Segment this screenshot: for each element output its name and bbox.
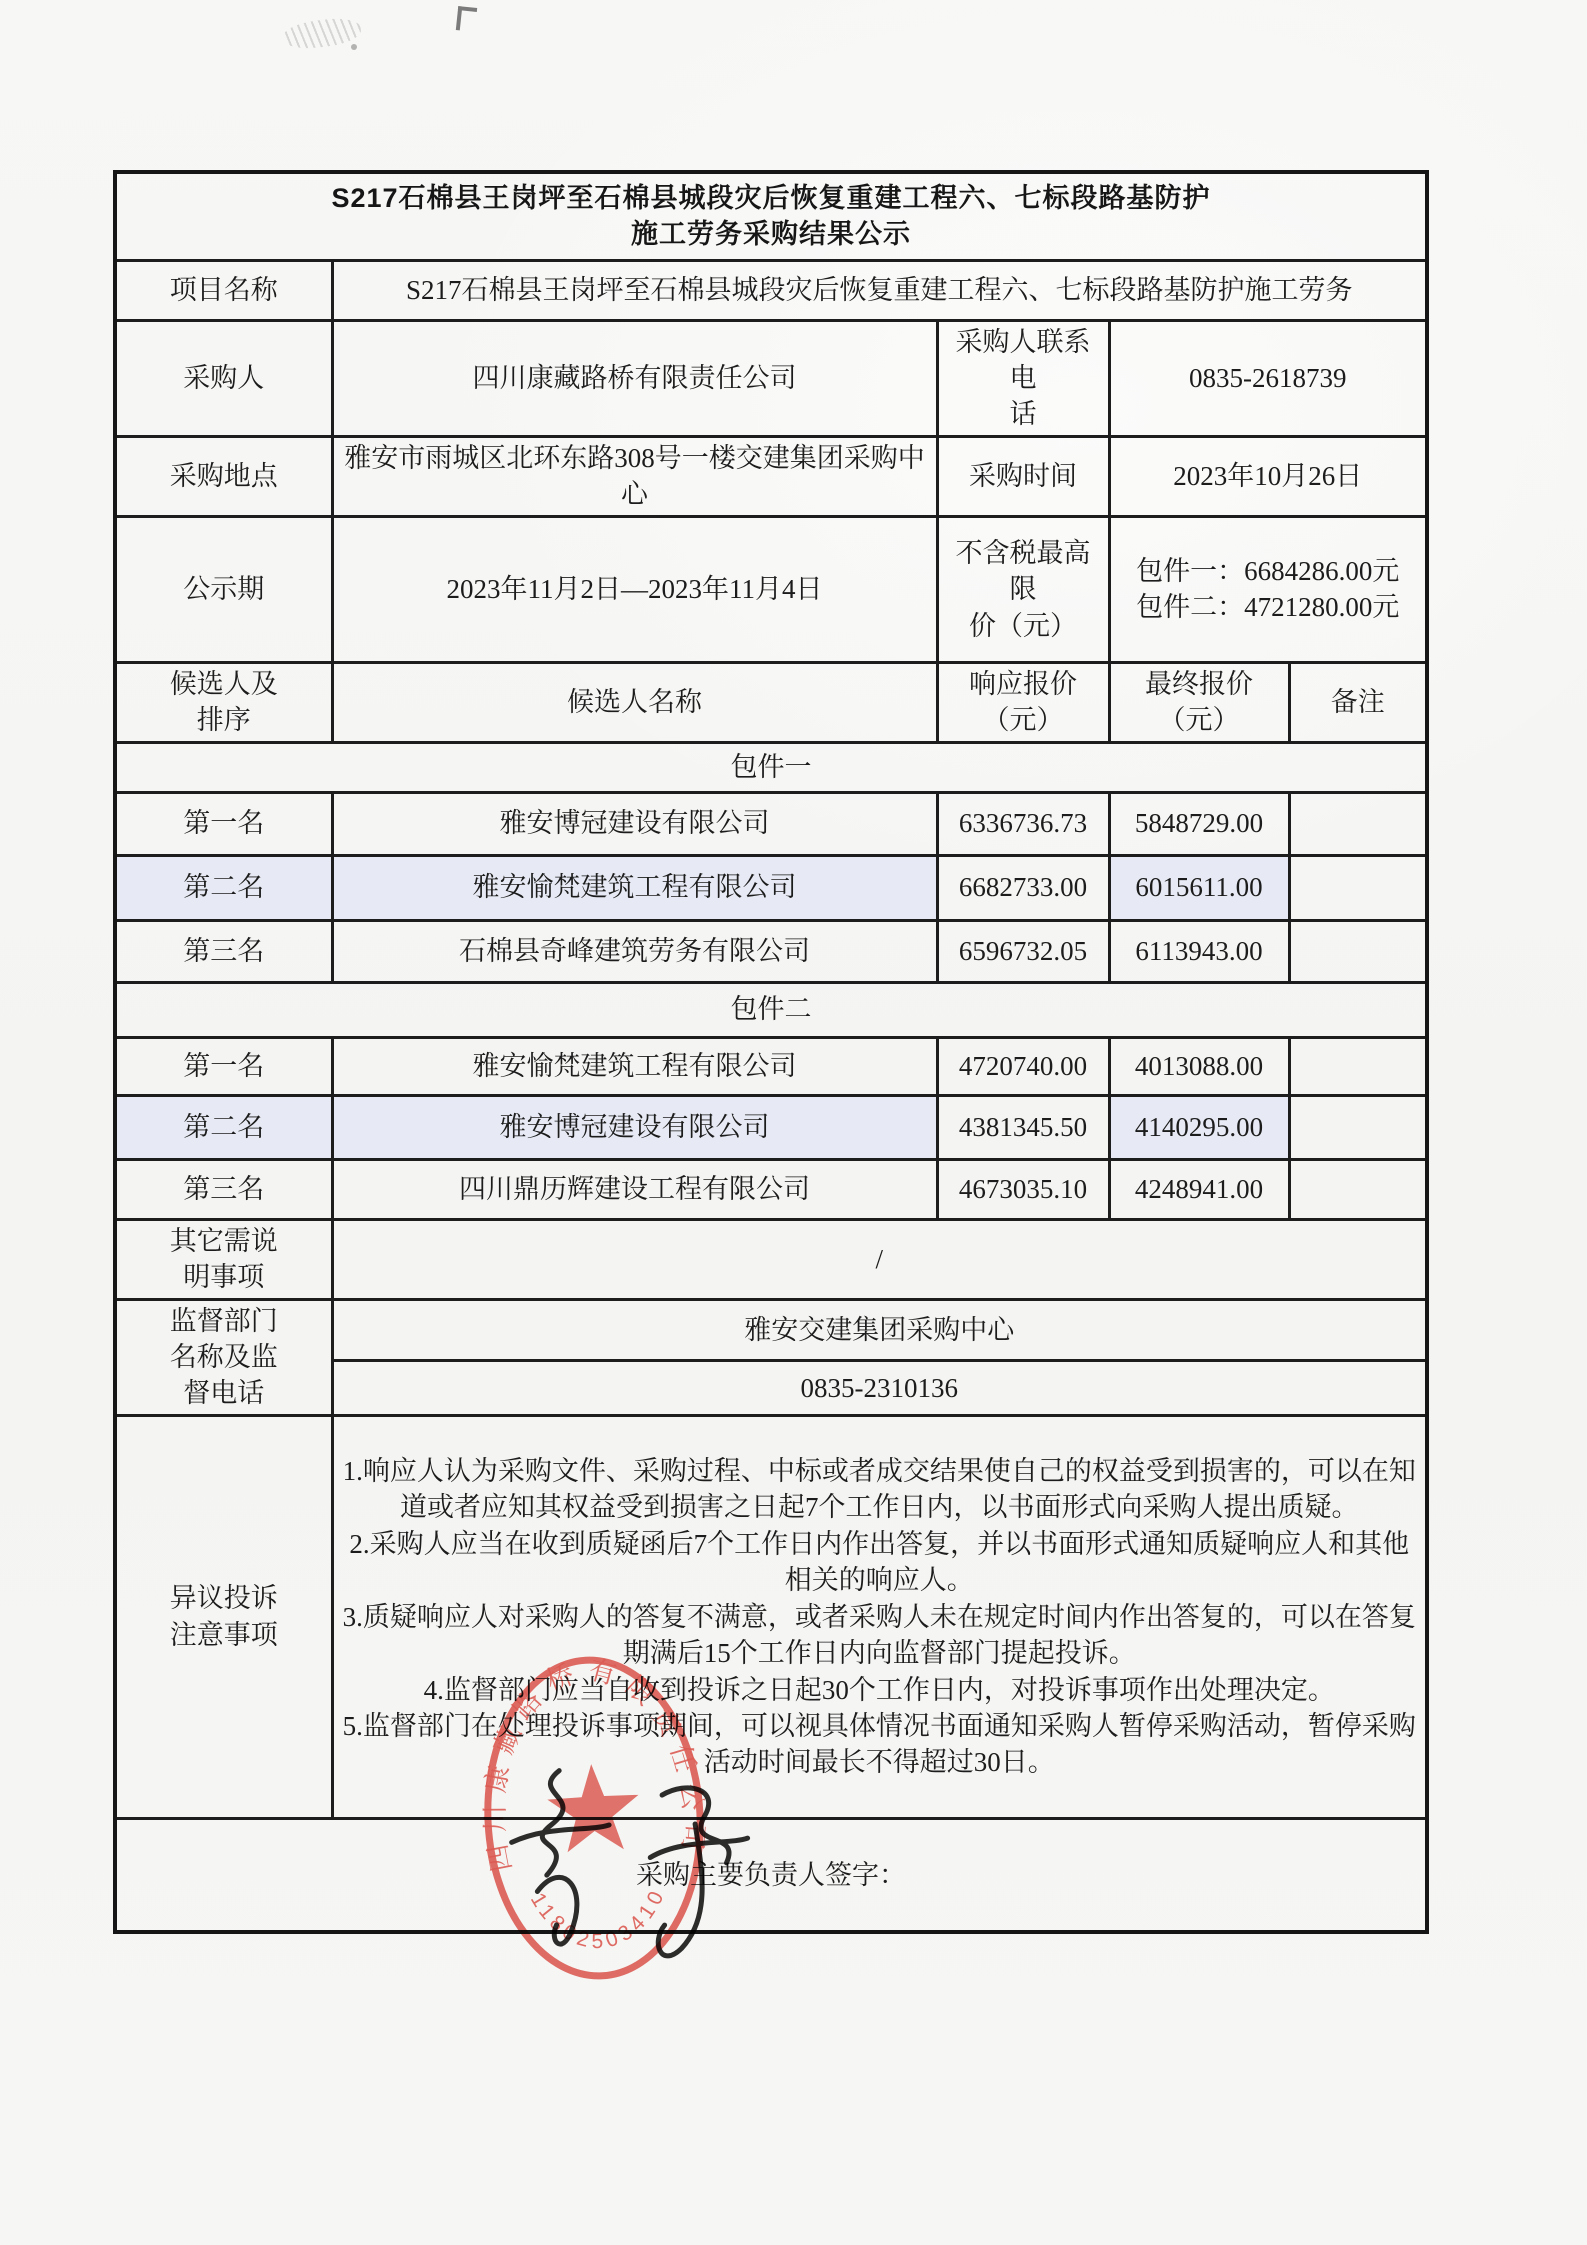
company-cell: 雅安博冠建设有限公司 — [332, 1095, 937, 1159]
remark-cell — [1289, 920, 1427, 982]
publicity-period-value: 2023年11月2日—2023年11月4日 — [332, 516, 937, 662]
scan-artifact-dot — [351, 44, 357, 50]
response-price-cell: 4720740.00 — [937, 1037, 1109, 1095]
purchaser-phone-label: 采购人联系电 话 — [937, 320, 1109, 436]
rank-cell: 第一名 — [115, 792, 332, 855]
company-cell: 石棉县奇峰建筑劳务有限公司 — [332, 920, 937, 982]
final-price-cell: 6113943.00 — [1109, 920, 1289, 982]
response-price-header: 响应报价 （元） — [937, 662, 1109, 742]
company-cell: 四川鼎历辉建设工程有限公司 — [332, 1159, 937, 1219]
purchase-time-label: 采购时间 — [937, 436, 1109, 516]
response-price-cell: 4381345.50 — [937, 1095, 1109, 1159]
remark-cell — [1289, 855, 1427, 920]
response-price-cell: 4673035.10 — [937, 1159, 1109, 1219]
location-label: 采购地点 — [115, 436, 332, 516]
table-row: 第二名 雅安博冠建设有限公司 4381345.50 4140295.00 — [115, 1095, 1427, 1159]
max-price-value: 包件一：6684286.00元 包件二：4721280.00元 — [1109, 516, 1427, 662]
table-row: 第二名 雅安愉梵建筑工程有限公司 6682733.00 6015611.00 — [115, 855, 1427, 920]
candidate-name-header: 候选人名称 — [332, 662, 937, 742]
table-row: 第一名 雅安博冠建设有限公司 6336736.73 5848729.00 — [115, 792, 1427, 855]
objection-label: 异议投诉 注意事项 — [115, 1415, 332, 1818]
final-price-cell: 4140295.00 — [1109, 1095, 1289, 1159]
table-row: 第三名 四川鼎历辉建设工程有限公司 4673035.10 4248941.00 — [115, 1159, 1427, 1219]
project-name-label: 项目名称 — [115, 260, 332, 320]
handwritten-signature — [488, 1733, 786, 1968]
table-row: 第一名 雅安愉梵建筑工程有限公司 4720740.00 4013088.00 — [115, 1037, 1427, 1095]
company-cell: 雅安博冠建设有限公司 — [332, 792, 937, 855]
remark-cell — [1289, 1037, 1427, 1095]
other-notes-value: / — [332, 1219, 1427, 1299]
max-price-label: 不含税最高限 价（元） — [937, 516, 1109, 662]
final-price-cell: 5848729.00 — [1109, 792, 1289, 855]
company-cell: 雅安愉梵建筑工程有限公司 — [332, 855, 937, 920]
publicity-period-label: 公示期 — [115, 516, 332, 662]
rank-cell: 第一名 — [115, 1037, 332, 1095]
rank-cell: 第三名 — [115, 920, 332, 982]
table-row: 第三名 石棉县奇峰建筑劳务有限公司 6596732.05 6113943.00 — [115, 920, 1427, 982]
package1-band: 包件一 — [115, 742, 1427, 792]
remark-cell — [1289, 1159, 1427, 1219]
project-name-value: S217石棉县王岗坪至石棉县城段灾后恢复重建工程六、七标段路基防护施工劳务 — [332, 260, 1427, 320]
remark-cell — [1289, 792, 1427, 855]
purchase-time-value: 2023年10月26日 — [1109, 436, 1427, 516]
other-notes-label: 其它需说 明事项 — [115, 1219, 332, 1299]
purchaser-value: 四川康藏路桥有限责任公司 — [332, 320, 937, 436]
package2-band: 包件二 — [115, 982, 1427, 1037]
remark-header: 备注 — [1289, 662, 1427, 742]
remark-cell — [1289, 1095, 1427, 1159]
final-price-cell: 4248941.00 — [1109, 1159, 1289, 1219]
procurement-result-table: S217石棉县王岗坪至石棉县城段灾后恢复重建工程六、七标段路基防护 施工劳务采购… — [113, 170, 1429, 1934]
rank-header: 候选人及 排序 — [115, 662, 332, 742]
purchaser-phone-value: 0835-2618739 — [1109, 320, 1427, 436]
supervision-label: 监督部门 名称及监 督电话 — [115, 1299, 332, 1415]
final-price-cell: 6015611.00 — [1109, 855, 1289, 920]
document-title: S217石棉县王岗坪至石棉县城段灾后恢复重建工程六、七标段路基防护 施工劳务采购… — [115, 172, 1427, 260]
rank-cell: 第三名 — [115, 1159, 332, 1219]
company-cell: 雅安愉梵建筑工程有限公司 — [332, 1037, 937, 1095]
location-value: 雅安市雨城区北环东路308号一楼交建集团采购中心 — [332, 436, 937, 516]
purchaser-label: 采购人 — [115, 320, 332, 436]
supervision-name: 雅安交建集团采购中心 — [332, 1299, 1427, 1361]
rank-cell: 第二名 — [115, 1095, 332, 1159]
response-price-cell: 6682733.00 — [937, 855, 1109, 920]
rank-cell: 第二名 — [115, 855, 332, 920]
scan-artifact-corner — [456, 6, 477, 32]
final-price-cell: 4013088.00 — [1109, 1037, 1289, 1095]
response-price-cell: 6596732.05 — [937, 920, 1109, 982]
supervision-phone: 0835-2310136 — [332, 1361, 1427, 1416]
final-price-header: 最终报价 （元） — [1109, 662, 1289, 742]
response-price-cell: 6336736.73 — [937, 792, 1109, 855]
